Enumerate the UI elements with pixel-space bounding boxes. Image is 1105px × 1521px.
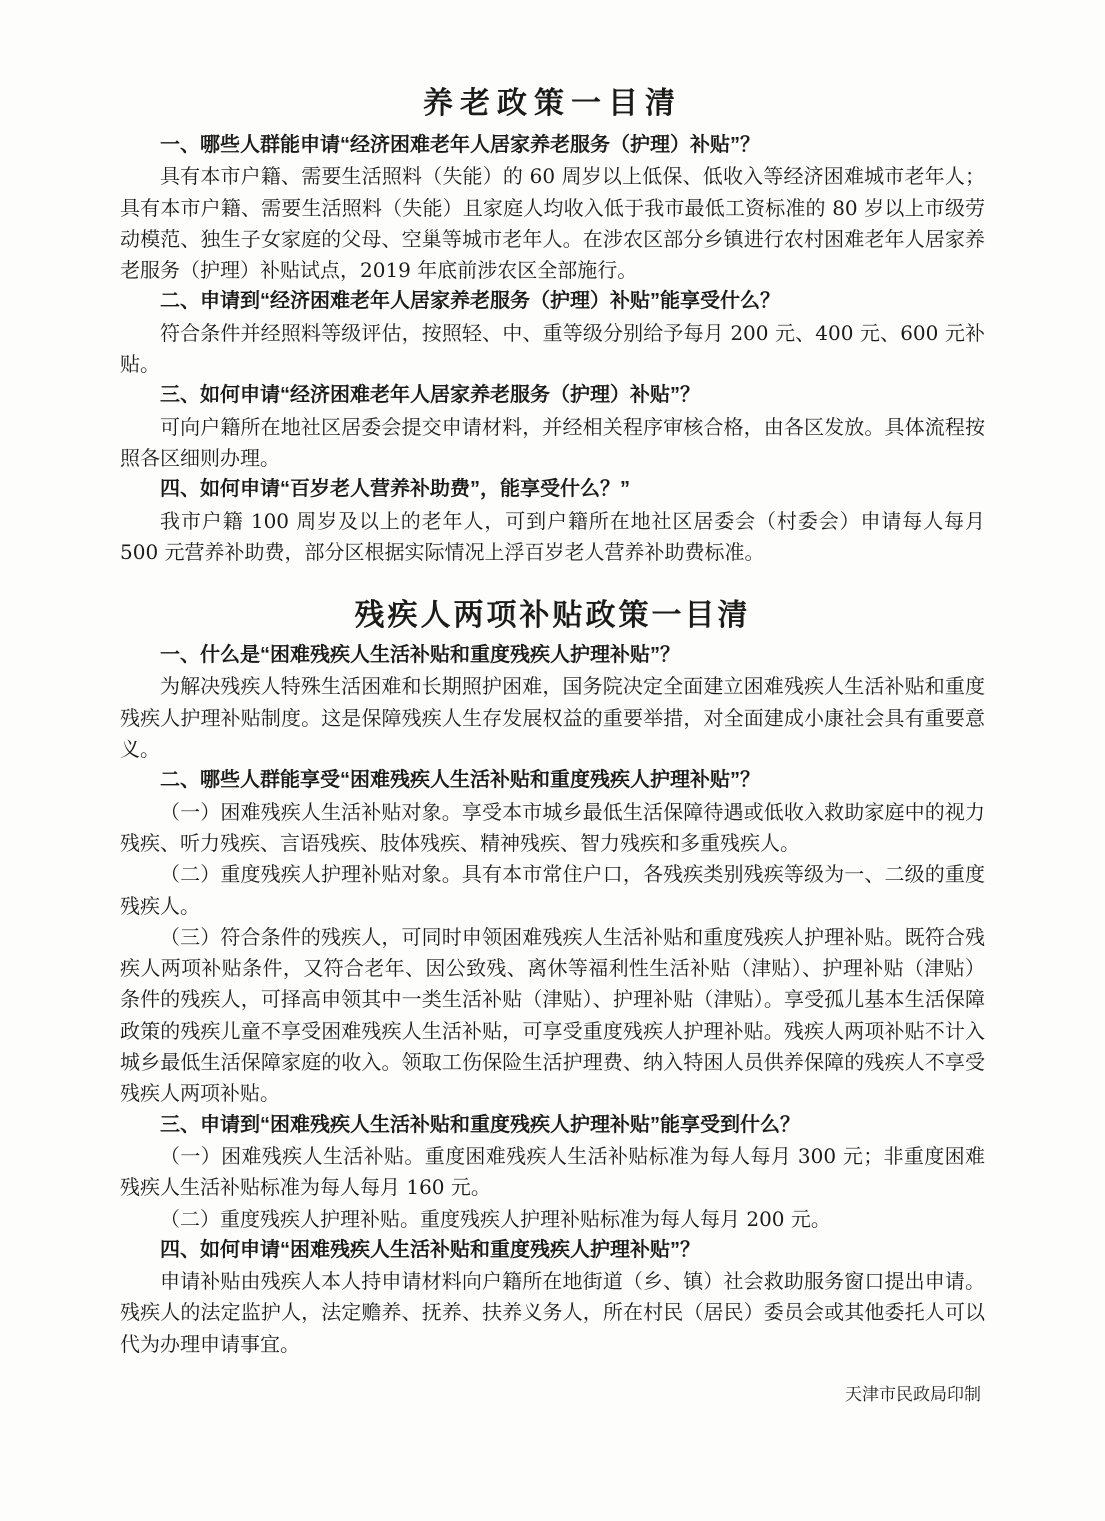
- question-heading: 二、申请到“经济困难老年人居家养老服务（护理）补贴”能享受什么？: [120, 286, 985, 317]
- answer-paragraph: （一）困难残疾人生活补贴。重度困难残疾人生活补贴标准为每人每月 300 元；非重…: [120, 1141, 985, 1204]
- question-heading: 三、申请到“困难残疾人生活补贴和重度残疾人护理补贴”能享受到什么？: [120, 1110, 985, 1141]
- document-page: 养老政策一目清 一、哪些人群能申请“经济困难老年人居家养老服务（护理）补贴”？ …: [0, 0, 1105, 1521]
- answer-paragraph: 可向户籍所在地社区居委会提交申请材料，并经相关程序审核合格，由各区发放。具体流程…: [120, 412, 985, 475]
- question-heading: 三、如何申请“经济困难老年人居家养老服务（护理）补贴”？: [120, 380, 985, 411]
- question-heading: 二、哪些人群能享受“困难残疾人生活补贴和重度残疾人护理补贴”？: [120, 765, 985, 796]
- answer-paragraph: （二）重度残疾人护理补贴对象。具有本市常住户口，各残疾类别残疾等级为一、二级的重…: [120, 859, 985, 922]
- document-content: 养老政策一目清 一、哪些人群能申请“经济困难老年人居家养老服务（护理）补贴”？ …: [0, 0, 1105, 1360]
- answer-paragraph: 具有本市户籍、需要生活照料（失能）的 60 周岁以上低保、低收入等经济困难城市老…: [120, 161, 985, 286]
- question-heading: 一、哪些人群能申请“经济困难老年人居家养老服务（护理）补贴”？: [120, 130, 985, 161]
- section-title-elderly-policy: 养老政策一目清: [120, 86, 985, 122]
- answer-paragraph: 申请补贴由残疾人本人持申请材料向户籍所在地街道（乡、镇）社会救助服务窗口提出申请…: [120, 1266, 985, 1360]
- answer-paragraph: （二）重度残疾人护理补贴。重度残疾人护理补贴标准为每人每月 200 元。: [120, 1204, 985, 1235]
- footer-imprint: 天津市民政局印制: [0, 1360, 1105, 1406]
- question-heading: 四、如何申请“百岁老人营养补助费”，能享受什么？”: [120, 474, 985, 505]
- answer-paragraph: （一）困难残疾人生活补贴对象。享受本市城乡最低生活保障待遇或低收入救助家庭中的视…: [120, 797, 985, 860]
- answer-paragraph: 为解决残疾人特殊生活困难和长期照护困难，国务院决定全面建立困难残疾人生活补贴和重…: [120, 671, 985, 765]
- question-heading: 四、如何申请“困难残疾人生活补贴和重度残疾人护理补贴”？: [120, 1235, 985, 1266]
- answer-paragraph: （三）符合条件的残疾人，可同时申领困难残疾人生活补贴和重度残疾人护理补贴。既符合…: [120, 922, 985, 1110]
- answer-paragraph: 我市户籍 100 周岁及以上的老年人，可到户籍所在地社区居委会（村委会）申请每人…: [120, 506, 985, 569]
- section-title-disability-policy: 残疾人两项补贴政策一目清: [120, 598, 985, 634]
- question-heading: 一、什么是“困难残疾人生活补贴和重度残疾人护理补贴”？: [120, 640, 985, 671]
- answer-paragraph: 符合条件并经照料等级评估，按照轻、中、重等级分别给予每月 200 元、400 元…: [120, 318, 985, 381]
